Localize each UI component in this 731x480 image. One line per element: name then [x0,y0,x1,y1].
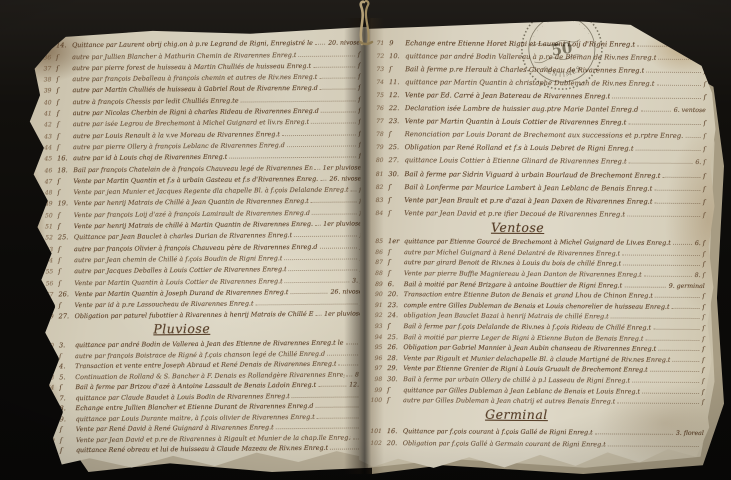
row-number: 44 [37,144,57,151]
row-number: 52 [38,235,58,242]
row-number: 70 [40,448,60,455]
row-day: 29. [387,364,403,372]
row-day: ſ [389,130,405,138]
row-text: Obligation par paturel fubottier à Rivar… [75,310,314,320]
row-day: 27. [388,157,404,165]
row-day: ſ [57,143,73,151]
dotted-leader [316,407,359,408]
dotted-leader [642,392,699,393]
dotted-leader [298,55,354,57]
row-day: ſ [388,269,404,277]
row-day: 8. [59,404,75,412]
binding-string [338,0,390,46]
left-page: 3514.Quittance par Laurent obrij chig.on… [20,27,371,469]
dotted-leader [685,137,700,138]
row-day: ſ [388,196,404,204]
row-day: ſ [58,222,74,230]
row-number: 80 [368,157,388,164]
month-heading-pluviose: Pluviose [39,320,325,338]
row-day: ſ [57,109,73,117]
month-heading-germinal: Germinal [367,406,666,423]
row-day: 19. [58,200,74,208]
row-number: 94 [367,334,387,341]
dotted-leader [327,354,358,355]
row-day: ſ [58,256,74,264]
row-text: quittance Louis Cottier à Etienne Glinar… [404,157,626,166]
dotted-leader [656,85,700,86]
dotted-leader [313,66,355,67]
dotted-leader [645,339,699,340]
dotted-leader [654,189,700,190]
row-number: 38 [36,77,56,84]
dotted-leader [655,297,699,298]
dotted-leader [353,438,359,439]
row-number: 82 [368,184,388,191]
row-number: 40 [37,99,57,106]
row-day: 16. [387,427,403,435]
ledger-row: 9020.Transaction entre Etienne Buton de … [368,288,707,301]
dotted-leader [290,293,327,294]
row-number: 84 [368,210,388,217]
row-day: ſ [387,386,403,394]
right-page: 719Echange entre Etienne Horet Rigni et … [359,19,716,473]
row-day: 14. [56,41,72,49]
row-amount: ſ [702,357,706,364]
row-number: 69 [40,437,60,444]
row-day: 4. [59,362,75,370]
row-amount: 8. ſ [695,272,707,279]
row-amount: ſ [703,251,707,258]
row-day: ſ [56,87,72,95]
row-day: ſ [58,211,74,219]
dotted-leader [632,382,699,383]
row-day: ſ [56,53,72,61]
row-amount: ſ [702,304,706,311]
row-day: 27. [59,313,75,321]
entries-section: 603.quittance par andré Bodin de Vallere… [39,336,366,455]
dotted-leader [314,168,320,169]
ledger-row: 100ſautre par Gilles Dubleman à Jean cha… [367,394,706,407]
row-day: 10. [389,52,405,60]
dotted-leader [311,202,356,203]
entries-section: 3514.Quittance par Laurent obrij chig.on… [36,35,365,321]
row-day: 24. [388,311,404,319]
dotted-leader [346,375,352,376]
row-day: 23. [388,301,404,309]
row-day: 26. [387,343,403,351]
ledger-row: 9628.Vente par Rigault et Munier delacha… [367,351,706,364]
entries-section: 10116.Quittance par f.çois courant à f.ç… [367,422,706,449]
row-amount: ſ [703,146,707,153]
dotted-leader [624,286,666,287]
row-number: 59 [39,314,59,321]
row-day: ſ [388,259,404,267]
row-day: ſ [57,132,73,140]
row-amount: ſ [702,367,706,374]
dotted-leader [289,270,357,272]
row-day: 20. [388,290,404,298]
row-number: 74 [369,79,389,86]
dotted-leader [282,134,356,136]
row-day: 11. [389,78,405,86]
dotted-leader [673,244,692,245]
row-number: 46 [37,167,57,174]
row-amount: ſ [703,133,707,140]
row-day: 7. [59,394,75,402]
row-number: 58 [39,302,59,309]
dotted-leader [318,386,346,387]
dotted-leader [659,59,701,60]
row-text: autre à françois Chessis par ledit Chull… [73,96,239,106]
row-amount: ſ [702,346,706,353]
row-day: ſ [387,396,403,404]
row-day: ſ [60,436,76,444]
row-text: Bail à Lonferme par Maurice Lambert à Je… [404,183,652,193]
dotted-leader [317,417,359,418]
dotted-leader [319,78,355,79]
dotted-leader [640,111,670,112]
dotted-leader [320,247,357,248]
row-amount: ſ [702,314,706,321]
row-text: quittance René obreau et lui de huisseau… [76,444,328,454]
row-day: ſ [58,267,74,275]
row-number: 67 [40,416,60,423]
row-amount: ſ [702,378,706,385]
row-amount: ſ [702,325,706,332]
row-number: 50 [38,212,58,219]
row-number: 65 [39,395,59,402]
month-heading-ventose: Ventose [368,219,667,236]
row-day: 9. [60,415,76,423]
row-amount: ſ [702,293,706,300]
row-amount: 6. ventose [674,107,708,114]
row-day: 30. [388,170,404,178]
row-number: 76 [369,105,389,112]
row-amount: ſ [702,399,706,406]
ledger-row: 7622.Declaration isée Lambre de huissier… [369,99,708,114]
row-amount: ſ [703,261,707,268]
dotted-leader [655,202,700,203]
dotted-leader [595,433,673,434]
row-day: ſ [389,65,405,73]
dotted-leader [622,254,699,255]
row-day: 12. [389,91,405,99]
ledger-row: 88ſVente par pierre Buffie Magniereau à … [368,266,707,279]
row-number: 61 [39,353,59,360]
dotted-leader [672,308,700,309]
dotted-leader [653,329,699,330]
dotted-leader [292,396,358,398]
row-amount: ſ [704,55,708,62]
row-text: Vente par Rigault et Munier delachapelle… [403,354,670,364]
row-number: 100 [367,397,387,404]
dotted-leader [294,236,356,238]
row-day: 30. [387,375,403,383]
row-amount: ſ [703,186,707,193]
dotted-leader [339,365,358,366]
row-day: ſ [59,301,75,309]
row-text: Obligation par f.çois Gallé à Germain co… [403,439,606,448]
row-amount: ſ [704,68,708,75]
row-amount: 6. ſ [695,240,707,247]
manuscript-photo: 3514.Quittance par Laurent obrij chig.on… [0,0,731,480]
row-number: 90 [368,291,388,298]
dotted-leader [284,258,356,260]
row-day: ſ [58,279,74,287]
row-day: 1er [388,237,404,245]
row-amount: ſ [703,212,707,219]
ledger-row: 10220.Obligation par f.çois Gallé à Germ… [367,435,706,450]
row-number: 88 [368,270,388,277]
row-number: 56 [38,280,58,287]
row-day: ſ [56,64,72,72]
row-day: 26. [58,290,74,298]
dotted-leader [650,371,699,372]
dotted-leader [608,446,699,448]
row-day: ſ [388,209,404,217]
dotted-leader [312,213,356,214]
dotted-leader [646,72,700,73]
row-text: Transaction entre Etienne Buton de Benai… [404,290,653,300]
dotted-leader [658,350,699,351]
dotted-leader [321,180,327,181]
ledger-row: 9425.Bail à moitié par pierre Leger de R… [367,330,706,343]
dotted-leader [612,98,700,100]
ledger-row: 82ſBail à Lonferme par Maurice Lambert à… [368,177,707,192]
row-day: 20. [387,439,403,447]
row-day: ſ [57,177,73,185]
row-day: 3. [59,341,75,349]
row-day: ſ [388,183,404,191]
row-text: Declaration isée Lambre de huissier aug.… [405,104,639,113]
row-day: 6. [388,280,404,288]
row-amount: ſ [703,173,707,180]
dotted-leader [617,403,698,404]
dotted-leader [315,315,321,316]
row-amount: 6. ſ [695,159,707,166]
row-amount: ſ [703,120,707,127]
entries-section: 851erquittance par Etienne Gourcé de Bre… [367,235,707,407]
dotted-leader [628,124,700,125]
row-amount: ſ [704,81,708,88]
dotted-leader [611,318,700,320]
dotted-leader [320,89,355,90]
dotted-leader [287,145,356,147]
row-number: 63 [39,374,59,381]
row-number: 96 [367,355,387,362]
row-day: ſ [56,75,72,83]
row-day: 25. [389,144,405,152]
dotted-leader [350,191,356,192]
dotted-leader [346,343,358,344]
dotted-leader [672,361,699,362]
dotted-leader [629,163,693,164]
row-day: 16. [57,154,73,162]
dotted-leader [285,281,349,283]
row-day: ſ [60,426,76,434]
row-day: 22. [389,104,405,112]
row-amount: 12. ſ [692,42,708,49]
dotted-leader [321,112,356,113]
row-day: ſ [59,383,75,391]
row-text: Vente par Jean David et p.re ifier Decou… [404,209,625,218]
row-day: 25. [58,234,74,242]
row-day: 5. [59,373,75,381]
dotted-leader [314,225,320,226]
row-day: 25. [387,333,403,341]
row-text: autre par Gilles Dubleman à Jean chatrij… [403,396,615,405]
row-text: Vente par id à p.re Lassoucheau de Rivar… [75,300,254,310]
dotted-leader [637,46,689,47]
row-day: ſ [57,121,73,129]
dotted-leader [241,100,356,102]
stamp-value: 50 [550,39,573,60]
dotted-leader [627,215,700,216]
row-text: Bail à moitié par pierre Leger de Rigni … [403,333,643,342]
row-day: 18. [57,166,73,174]
row-day: 28. [387,354,403,362]
row-amount: 1er pluviose [324,311,365,318]
row-day: ſ [58,245,74,253]
row-day: ſ [388,248,404,256]
dotted-leader [636,150,701,151]
row-day: 9 [389,39,405,47]
row-day: ſ [59,352,75,360]
row-day: ſ [57,98,73,106]
dotted-leader [276,428,359,430]
row-number: 66 [40,406,60,413]
dotted-leader [623,265,699,266]
row-amount: 1er pluviose [323,164,364,171]
row-day: ſ [387,322,403,330]
dotted-leader [663,176,701,177]
revenue-stamp: 50 CENTIMES · · · · · · · · · · · · [513,1,610,98]
row-day: 23. [389,117,405,125]
ledger-row: 8027.quittance Louis Cottier à Etienne G… [368,151,707,166]
dotted-leader [330,449,358,450]
row-amount: ſ [704,94,708,101]
row-amount: ſ [703,199,707,206]
row-day: ſ [60,447,76,455]
row-number: 102 [367,440,387,447]
left-page-content: 3514.Quittance par Laurent obrij chig.on… [20,26,372,469]
row-text: Vente par pierre Buffie Magniereau à Jea… [404,269,642,278]
dotted-leader [255,304,357,306]
dotted-leader [229,157,356,159]
dotted-leader [644,276,692,277]
row-day: ſ [57,188,73,196]
row-amount: ſ [702,336,706,343]
dotted-leader [311,123,355,124]
ledger-row: 84ſVente par Jean David et p.re ifier De… [368,204,707,219]
dotted-leader [315,44,325,45]
